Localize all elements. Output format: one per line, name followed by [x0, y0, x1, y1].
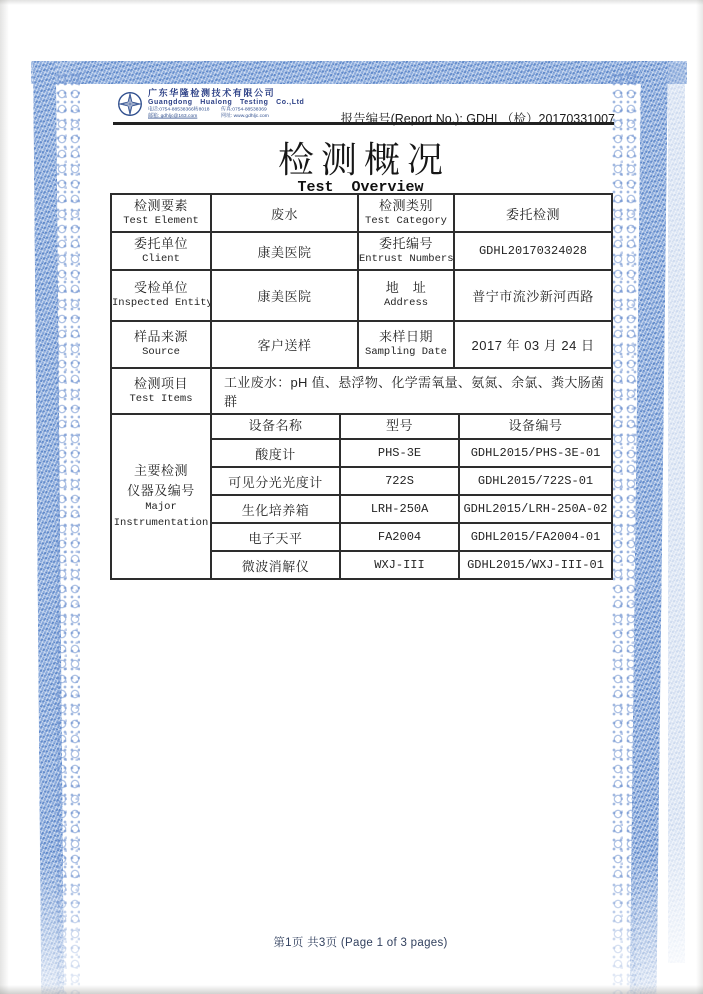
cell-device-name: 酸度计 [211, 439, 340, 467]
cell-test-element-label: 检测要素 Test Element [111, 194, 211, 232]
column-header-device-number: 设备编号 [459, 414, 612, 439]
cell-device-number: GDHL2015/LRH-250A-02 [459, 495, 612, 523]
scanned-report-page: { "colors": { "band_blue": "#84a9db", "b… [0, 0, 703, 994]
cell-sampling-date-label: 来样日期 Sampling Date [358, 321, 454, 368]
cell-device-number: GDHL2015/FA2004-01 [459, 523, 612, 551]
scan-edge-left [0, 0, 9, 994]
contact-left-column: 电话:0754-88538366转8018 邮箱: gdhljc@163.com [148, 107, 210, 120]
border-band-left-pattern [56, 72, 80, 994]
cell-test-category-value: 委托检测 [454, 194, 612, 232]
cell-device-model: PHS-3E [340, 439, 459, 467]
scan-edge-right [696, 0, 703, 994]
cell-test-items-value: 工业废水：pH 值、悬浮物、化学需氧量、氨氮、余氯、粪大肠菌群 [211, 368, 612, 414]
cell-device-name: 生化培养箱 [211, 495, 340, 523]
page-title-zh: 检测概况 [110, 132, 611, 183]
scan-edge-top [0, 0, 703, 5]
row-test-element: 检测要素 Test Element 废水 检测类别 Test Category … [111, 194, 612, 232]
cell-test-items-label: 检测项目 Test Items [111, 368, 211, 414]
row-client: 委托单位 Client 康美医院 委托编号 Entrust Numbers GD… [111, 232, 612, 270]
overview-info-table: 检测要素 Test Element 废水 检测类别 Test Category … [110, 193, 613, 415]
cell-device-name: 微波消解仪 [211, 551, 340, 579]
cell-inspected-entity-label: 受检单位 Inspected Entity [111, 270, 211, 321]
company-letterhead: 广东华隆检测技术有限公司 Guangdong Hualong Testing C… [117, 89, 304, 123]
cell-sampling-date-value: 2017 年 03 月 24 日 [454, 321, 612, 368]
cell-device-name: 电子天平 [211, 523, 340, 551]
cell-device-model: LRH-250A [340, 495, 459, 523]
cell-device-model: WXJ-III [340, 551, 459, 579]
cell-entrust-number-value: GDHL20170324028 [454, 232, 612, 270]
cell-address-label: 地 址 Address [358, 270, 454, 321]
letterhead-text: 广东华隆检测技术有限公司 Guangdong Hualong Testing C… [148, 89, 304, 123]
cell-device-model: FA2004 [340, 523, 459, 551]
contact-right-column: 传真:0754-88538369 网址: www.gdhljc.com [221, 107, 269, 120]
company-name-zh: 广东华隆检测技术有限公司 [148, 89, 304, 99]
cell-sample-source-value: 客户送样 [211, 321, 358, 368]
scan-edge-bottom [0, 985, 703, 994]
cell-device-number: GDHL2015/722S-01 [459, 467, 612, 495]
cell-client-value: 康美医院 [211, 232, 358, 270]
cell-device-name: 可见分光光度计 [211, 467, 340, 495]
instruments-table: 主要检测 仪器及编号 Major Instrumentation 设备名称 型号… [110, 413, 613, 580]
cell-inspected-entity-value: 康美医院 [211, 270, 358, 321]
border-band-right-faint [668, 63, 685, 963]
cell-test-element-value: 废水 [211, 194, 358, 232]
header-divider-rule [113, 122, 614, 125]
row-sample-source: 样品来源 Source 客户送样 来样日期 Sampling Date 2017… [111, 321, 612, 368]
test-overview-table: 检测要素 Test Element 废水 检测类别 Test Category … [110, 193, 611, 580]
cell-client-label: 委托单位 Client [111, 232, 211, 270]
cell-test-category-label: 检测类别 Test Category [358, 194, 454, 232]
cell-device-model: 722S [340, 467, 459, 495]
company-email: 邮箱: gdhljc@163.com [148, 114, 210, 120]
row-instruments-header: 主要检测 仪器及编号 Major Instrumentation 设备名称 型号… [111, 414, 612, 439]
cell-device-number: GDHL2015/PHS-3E-01 [459, 439, 612, 467]
compass-logo-icon [117, 91, 143, 117]
row-inspected-entity: 受检单位 Inspected Entity 康美医院 地 址 Address 普… [111, 270, 612, 321]
row-test-items: 检测项目 Test Items 工业废水：pH 值、悬浮物、化学需氧量、氨氮、余… [111, 368, 612, 414]
company-website: 网址: www.gdhljc.com [221, 114, 269, 120]
column-header-device-name: 设备名称 [211, 414, 340, 439]
cell-device-number: GDHL2015/WXJ-III-01 [459, 551, 612, 579]
border-band-top [31, 61, 687, 84]
page-number-footer: 第1页 共3页 (Page 1 of 3 pages) [110, 934, 611, 950]
cell-entrust-number-label: 委托编号 Entrust Numbers [358, 232, 454, 270]
cell-address-value: 普宁市流沙新河西路 [454, 270, 612, 321]
cell-sample-source-label: 样品来源 Source [111, 321, 211, 368]
cell-instruments-label: 主要检测 仪器及编号 Major Instrumentation [111, 414, 211, 579]
column-header-model: 型号 [340, 414, 459, 439]
company-contact-block: 电话:0754-88538366转8018 邮箱: gdhljc@163.com… [148, 107, 276, 120]
